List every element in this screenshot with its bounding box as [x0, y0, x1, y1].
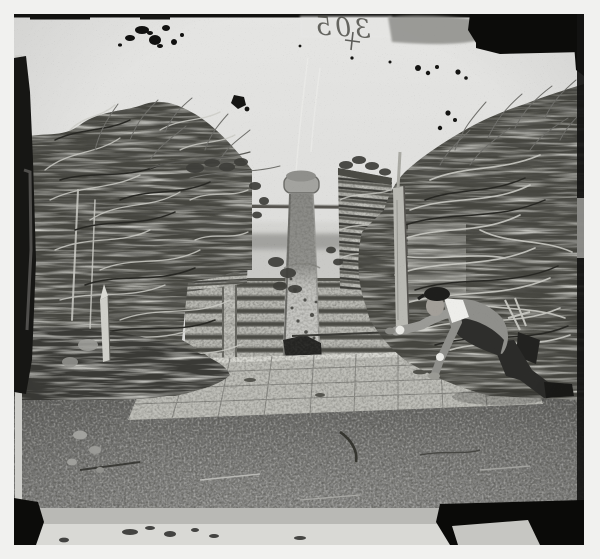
- photo-plate: 305: [14, 11, 584, 545]
- gray-smudge: [388, 15, 480, 44]
- civil-war-photograph: 305: [0, 0, 600, 559]
- photo-canvas: 305: [0, 0, 600, 559]
- vignette: [14, 14, 584, 545]
- bottom-tape-lower: [14, 524, 454, 545]
- right-edge-strip: [577, 14, 584, 545]
- plate-number: 305: [311, 11, 372, 45]
- bottom-tape-upper: [14, 508, 444, 526]
